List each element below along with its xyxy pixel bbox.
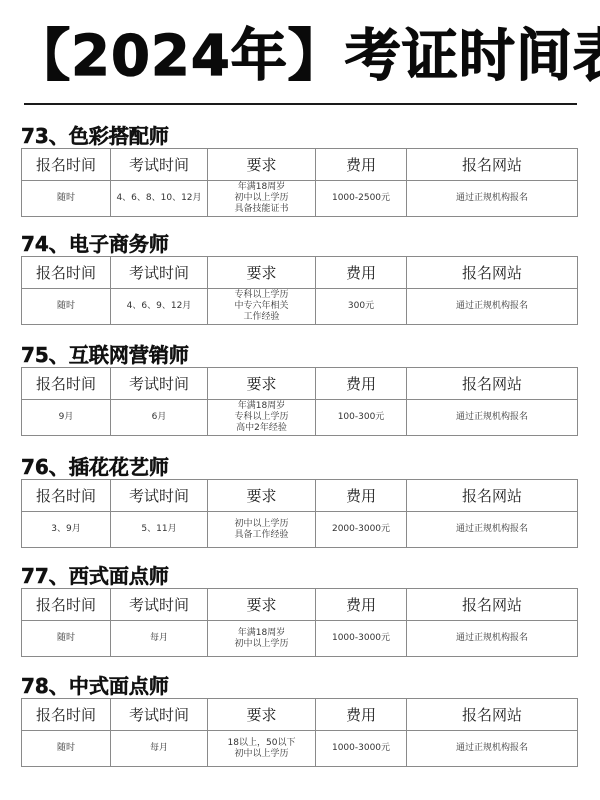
column-header-fee: 费用 xyxy=(316,589,407,621)
cell-fee: 100-300元 xyxy=(316,400,407,436)
cell-fee: 1000-2500元 xyxy=(316,181,407,217)
requirement-line: 18以上，50以下 xyxy=(208,738,315,749)
requirement-line: 初中以上学历 xyxy=(208,749,315,760)
column-header-fee: 费用 xyxy=(316,480,407,512)
cell-registration-site: 通过正规机构报名 xyxy=(407,289,578,325)
requirement-line: 初中以上学历 xyxy=(208,519,315,530)
column-header-exam-time: 考试时间 xyxy=(111,589,208,621)
cell-registration-time: 3、9月 xyxy=(22,512,111,548)
schedule-table: 报名时间 考试时间 要求 费用 报名网站 随时 4、6、9、12月 专科以上学历… xyxy=(21,256,578,325)
requirement-line: 年满18周岁 xyxy=(208,628,315,639)
cell-registration-site: 通过正规机构报名 xyxy=(407,400,578,436)
table-row: 9月 6月 年满18周岁 专科以上学历 高中2年经验 100-300元 通过正规… xyxy=(22,400,578,436)
cell-fee: 1000-3000元 xyxy=(316,621,407,657)
title-divider xyxy=(24,103,577,105)
column-header-exam-time: 考试时间 xyxy=(111,149,208,181)
cell-registration-time: 随时 xyxy=(22,731,111,767)
cell-exam-time: 6月 xyxy=(111,400,208,436)
page-title: 【2024年】考证时间表 xyxy=(14,22,586,92)
column-header-registration-time: 报名时间 xyxy=(22,368,111,400)
cell-exam-time: 5、11月 xyxy=(111,512,208,548)
column-header-exam-time: 考试时间 xyxy=(111,257,208,289)
table-header-row: 报名时间 考试时间 要求 费用 报名网站 xyxy=(22,149,578,181)
column-header-registration-site: 报名网站 xyxy=(407,257,578,289)
requirement-line: 专科以上学历 xyxy=(208,412,315,423)
cell-registration-time: 随时 xyxy=(22,289,111,325)
table-header-row: 报名时间 考试时间 要求 费用 报名网站 xyxy=(22,257,578,289)
column-header-exam-time: 考试时间 xyxy=(111,699,208,731)
schedule-table: 报名时间 考试时间 要求 费用 报名网站 9月 6月 年满18周岁 专科以上学历… xyxy=(21,367,578,436)
column-header-requirements: 要求 xyxy=(208,480,316,512)
column-header-registration-site: 报名网站 xyxy=(407,149,578,181)
column-header-exam-time: 考试时间 xyxy=(111,480,208,512)
requirement-line: 年满18周岁 xyxy=(208,182,315,193)
cell-exam-time: 4、6、9、12月 xyxy=(111,289,208,325)
column-header-requirements: 要求 xyxy=(208,699,316,731)
column-header-registration-site: 报名网站 xyxy=(407,699,578,731)
column-header-registration-time: 报名时间 xyxy=(22,589,111,621)
table-header-row: 报名时间 考试时间 要求 费用 报名网站 xyxy=(22,368,578,400)
requirement-line: 具备技能证书 xyxy=(208,204,315,215)
table-row: 随时 4、6、8、10、12月 年满18周岁 初中以上学历 具备技能证书 100… xyxy=(22,181,578,217)
schedule-table: 报名时间 考试时间 要求 费用 报名网站 随时 每月 18以上，50以下 初中以… xyxy=(21,698,578,767)
column-header-registration-time: 报名时间 xyxy=(22,480,111,512)
schedule-table: 报名时间 考试时间 要求 费用 报名网站 3、9月 5、11月 初中以上学历 具… xyxy=(21,479,578,548)
column-header-exam-time: 考试时间 xyxy=(111,368,208,400)
section-heading: 76、插花花艺师 xyxy=(21,453,169,481)
cell-requirements: 年满18周岁 初中以上学历 xyxy=(208,621,316,657)
column-header-registration-time: 报名时间 xyxy=(22,257,111,289)
requirement-line: 工作经验 xyxy=(208,312,315,323)
cell-requirements: 年满18周岁 专科以上学历 高中2年经验 xyxy=(208,400,316,436)
column-header-fee: 费用 xyxy=(316,257,407,289)
requirement-line: 初中以上学历 xyxy=(208,639,315,650)
cell-fee: 2000-3000元 xyxy=(316,512,407,548)
column-header-registration-site: 报名网站 xyxy=(407,589,578,621)
schedule-table: 报名时间 考试时间 要求 费用 报名网站 随时 每月 年满18周岁 初中以上学历… xyxy=(21,588,578,657)
cell-registration-site: 通过正规机构报名 xyxy=(407,512,578,548)
column-header-registration-site: 报名网站 xyxy=(407,368,578,400)
column-header-requirements: 要求 xyxy=(208,149,316,181)
table-row: 随时 每月 年满18周岁 初中以上学历 1000-3000元 通过正规机构报名 xyxy=(22,621,578,657)
column-header-fee: 费用 xyxy=(316,149,407,181)
cell-registration-time: 9月 xyxy=(22,400,111,436)
table-header-row: 报名时间 考试时间 要求 费用 报名网站 xyxy=(22,699,578,731)
requirement-line: 具备工作经验 xyxy=(208,530,315,541)
column-header-registration-time: 报名时间 xyxy=(22,149,111,181)
cell-exam-time: 每月 xyxy=(111,731,208,767)
section-heading: 77、西式面点师 xyxy=(21,562,169,590)
cell-registration-site: 通过正规机构报名 xyxy=(407,731,578,767)
requirement-line: 初中以上学历 xyxy=(208,193,315,204)
schedule-table: 报名时间 考试时间 要求 费用 报名网站 随时 4、6、8、10、12月 年满1… xyxy=(21,148,578,217)
cell-registration-site: 通过正规机构报名 xyxy=(407,621,578,657)
section-heading: 74、电子商务师 xyxy=(21,230,169,258)
column-header-fee: 费用 xyxy=(316,699,407,731)
cell-fee: 1000-3000元 xyxy=(316,731,407,767)
cell-requirements: 年满18周岁 初中以上学历 具备技能证书 xyxy=(208,181,316,217)
section-heading: 78、中式面点师 xyxy=(21,672,169,700)
table-row: 随时 4、6、9、12月 专科以上学历 中专六年相关 工作经验 300元 通过正… xyxy=(22,289,578,325)
column-header-registration-time: 报名时间 xyxy=(22,699,111,731)
table-header-row: 报名时间 考试时间 要求 费用 报名网站 xyxy=(22,480,578,512)
requirement-line: 专科以上学历 xyxy=(208,290,315,301)
column-header-requirements: 要求 xyxy=(208,257,316,289)
cell-registration-time: 随时 xyxy=(22,621,111,657)
cell-registration-site: 通过正规机构报名 xyxy=(407,181,578,217)
requirement-line: 中专六年相关 xyxy=(208,301,315,312)
section-heading: 73、色彩搭配师 xyxy=(21,122,169,150)
cell-requirements: 初中以上学历 具备工作经验 xyxy=(208,512,316,548)
table-header-row: 报名时间 考试时间 要求 费用 报名网站 xyxy=(22,589,578,621)
cell-exam-time: 4、6、8、10、12月 xyxy=(111,181,208,217)
cell-fee: 300元 xyxy=(316,289,407,325)
column-header-requirements: 要求 xyxy=(208,368,316,400)
requirement-line: 高中2年经验 xyxy=(208,423,315,434)
table-row: 3、9月 5、11月 初中以上学历 具备工作经验 2000-3000元 通过正规… xyxy=(22,512,578,548)
cell-requirements: 专科以上学历 中专六年相关 工作经验 xyxy=(208,289,316,325)
cell-registration-time: 随时 xyxy=(22,181,111,217)
column-header-fee: 费用 xyxy=(316,368,407,400)
cell-requirements: 18以上，50以下 初中以上学历 xyxy=(208,731,316,767)
requirement-line: 年满18周岁 xyxy=(208,401,315,412)
table-row: 随时 每月 18以上，50以下 初中以上学历 1000-3000元 通过正规机构… xyxy=(22,731,578,767)
cell-exam-time: 每月 xyxy=(111,621,208,657)
column-header-registration-site: 报名网站 xyxy=(407,480,578,512)
section-heading: 75、互联网营销师 xyxy=(21,341,189,369)
column-header-requirements: 要求 xyxy=(208,589,316,621)
